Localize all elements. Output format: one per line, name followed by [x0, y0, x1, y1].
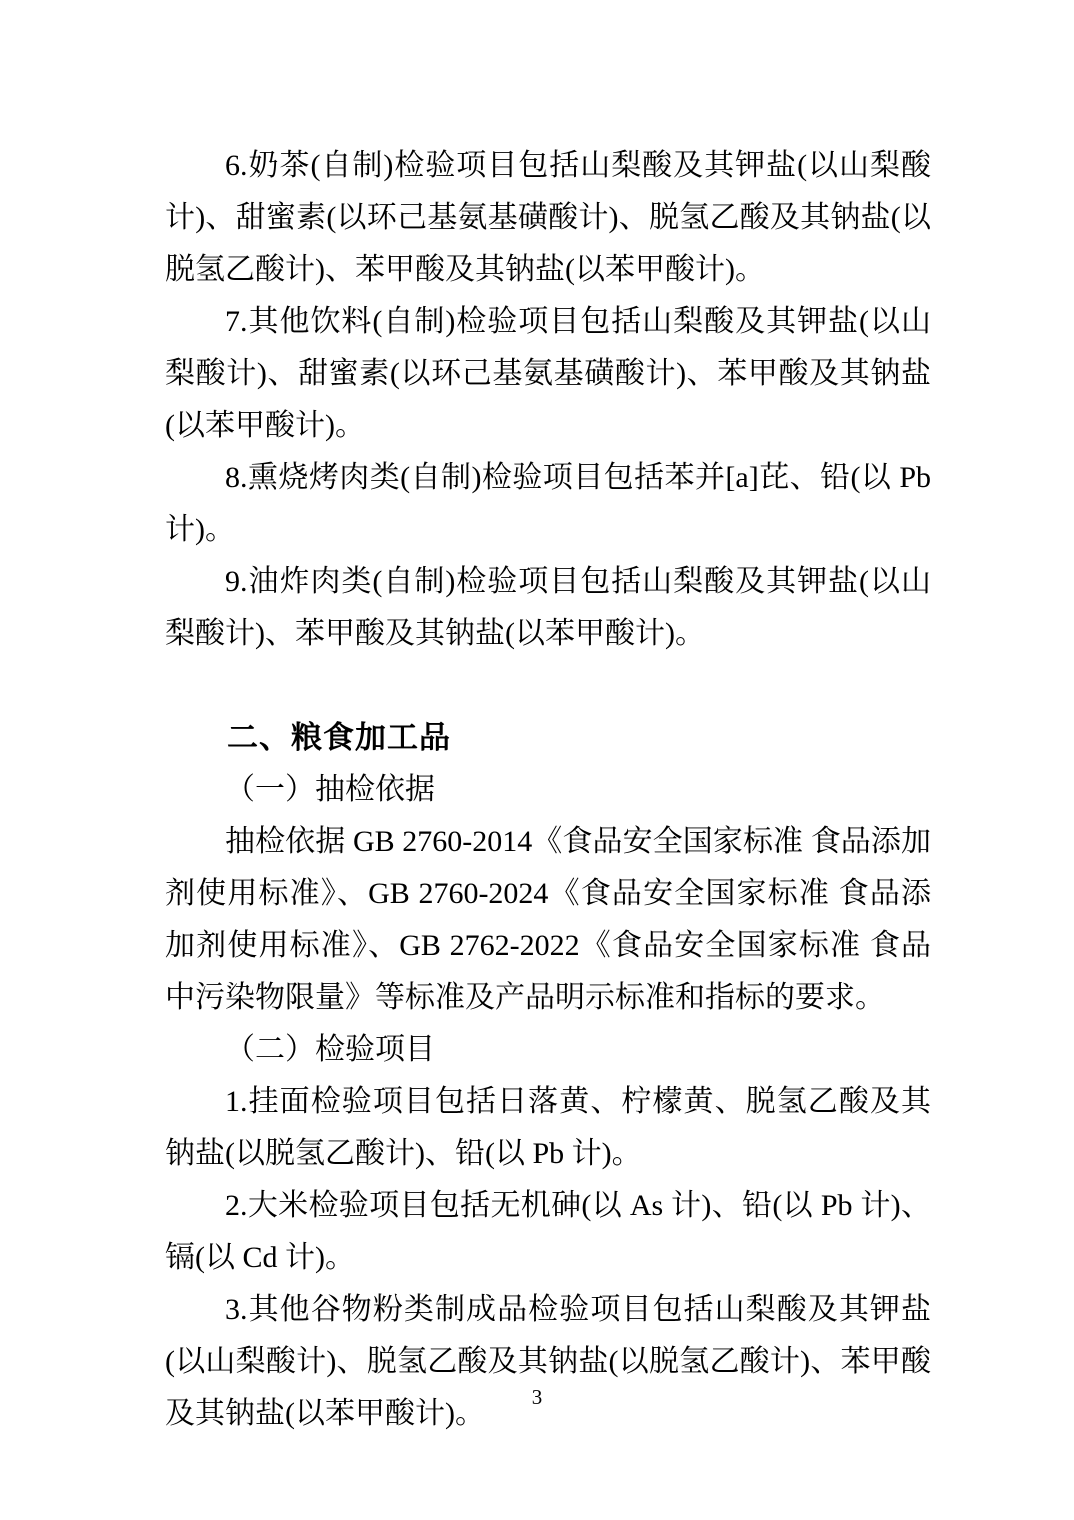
blank-line: [165, 660, 931, 712]
subsection1-body-standards: 抽检依据 GB 2760-2014《食品安全国家标准 食品添加剂使用标准》、GB…: [165, 816, 931, 1024]
document-body: 6.奶茶(自制)检验项目包括山梨酸及其钾盐(以山梨酸计)、甜蜜素(以环己基氨基磺…: [165, 140, 931, 1440]
section-heading-grain-products: 二、粮食加工品: [165, 712, 931, 764]
inspection-item-3-other-grain-flour-products: 3.其他谷物粉类制成品检验项目包括山梨酸及其钾盐(以山梨酸计)、脱氢乙酸及其钠盐…: [165, 1284, 931, 1440]
inspection-item-1-noodles: 1.挂面检验项目包括日落黄、柠檬黄、脱氢乙酸及其钠盐(以脱氢乙酸计)、铅(以 P…: [165, 1076, 931, 1180]
page-number: 3: [0, 1383, 1074, 1411]
list-item-9-fried-meat: 9.油炸肉类(自制)检验项目包括山梨酸及其钾盐(以山梨酸计)、苯甲酸及其钠盐(以…: [165, 556, 931, 660]
list-item-7-other-drinks: 7.其他饮料(自制)检验项目包括山梨酸及其钾盐(以山梨酸计)、甜蜜素(以环己基氨…: [165, 296, 931, 452]
document-page: 6.奶茶(自制)检验项目包括山梨酸及其钾盐(以山梨酸计)、甜蜜素(以环己基氨基磺…: [0, 0, 1074, 1520]
subsection1-heading-sampling-basis: （一）抽检依据: [165, 764, 931, 816]
list-item-8-smoked-roasted-meat: 8.熏烧烤肉类(自制)检验项目包括苯并[a]芘、铅(以 Pb 计)。: [165, 452, 931, 556]
inspection-item-2-rice: 2.大米检验项目包括无机砷(以 As 计)、铅(以 Pb 计)、镉(以 Cd 计…: [165, 1180, 931, 1284]
list-item-6-milk-tea: 6.奶茶(自制)检验项目包括山梨酸及其钾盐(以山梨酸计)、甜蜜素(以环己基氨基磺…: [165, 140, 931, 296]
subsection2-heading-inspection-items: （二）检验项目: [165, 1024, 931, 1076]
